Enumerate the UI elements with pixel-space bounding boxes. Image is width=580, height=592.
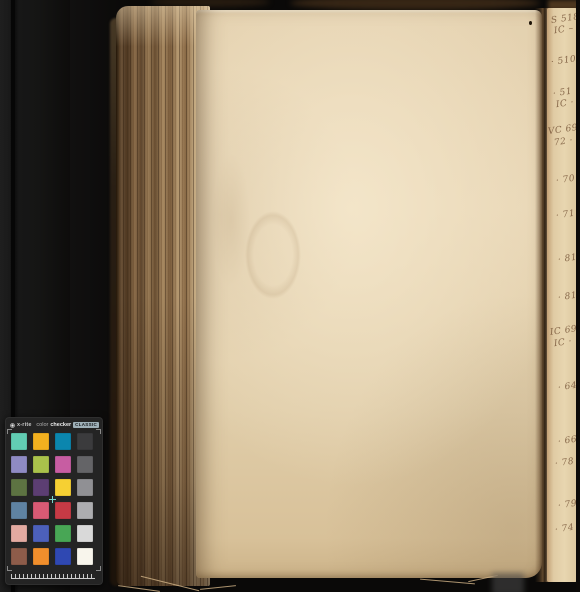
color-patch <box>33 456 49 473</box>
handwriting-fragment: 72 · <box>553 136 573 149</box>
color-patch <box>11 433 27 450</box>
colorchecker-title: colorchecker CLASSIC <box>36 422 99 428</box>
handwriting-fragment: · 66 <box>557 435 577 448</box>
color-patch <box>33 433 49 450</box>
xrite-brand-label: x-rite <box>17 422 32 428</box>
handwriting-fragment: VC 69 <box>547 123 577 137</box>
handwriting-fragment: IC · <box>555 98 574 110</box>
facing-page-edge: S 518 IC – · 510 · 51 IC · VC 69 72 · · … <box>547 8 577 582</box>
handwriting-fragment: · 71 <box>555 209 575 222</box>
color-patch <box>11 502 27 519</box>
color-patch <box>11 456 27 473</box>
color-patch <box>77 502 93 519</box>
color-patch <box>55 548 71 565</box>
color-patch <box>55 525 71 542</box>
handwriting-fragment: · 70 <box>555 174 575 187</box>
color-patch <box>33 548 49 565</box>
color-patch <box>11 525 27 542</box>
color-patch <box>55 479 71 496</box>
loose-fiber <box>420 579 475 585</box>
color-patch <box>11 479 27 496</box>
color-patch <box>33 502 49 519</box>
handwriting-fragment: · 79 <box>557 499 577 512</box>
crop-mark-icon <box>96 429 101 434</box>
handwriting-fragment: · 78 <box>554 457 574 470</box>
color-patch <box>77 548 93 565</box>
page-stain <box>206 130 256 310</box>
colorchecker-title-light: color <box>36 422 48 428</box>
crop-mark-icon <box>7 566 12 571</box>
photo-canvas: S 518 IC – · 510 · 51 IC · VC 69 72 · · … <box>0 0 580 592</box>
color-patch <box>77 525 93 542</box>
book-binding-top <box>290 0 540 10</box>
center-cross-marker <box>49 496 56 503</box>
color-patch <box>33 479 49 496</box>
handwriting-fragment: · 81 <box>557 253 577 266</box>
blank-manuscript-page <box>196 10 542 578</box>
handwriting-fragment: · 64 <box>557 381 577 394</box>
color-patch <box>77 479 93 496</box>
colorchecker-title-bold: checker <box>50 422 71 428</box>
out-of-focus-object <box>492 573 524 592</box>
frame-right-edge <box>576 0 580 592</box>
handwriting-fragment: IC – <box>553 24 574 37</box>
xrite-logo-icon <box>10 423 15 428</box>
handwriting-fragment: IC 69 <box>549 324 577 338</box>
colorchecker-header: x-rite colorchecker CLASSIC <box>10 420 99 430</box>
color-patch <box>55 502 71 519</box>
crop-mark-icon <box>96 566 101 571</box>
xrite-brand: x-rite <box>10 422 32 428</box>
color-patch <box>77 456 93 473</box>
ink-spot <box>529 21 532 25</box>
color-patch <box>55 456 71 473</box>
color-patch <box>11 548 27 565</box>
handwriting-fragment: · 510 <box>550 54 577 67</box>
color-patch <box>33 525 49 542</box>
handwriting-fragment: IC · <box>553 337 572 349</box>
ruler-scale <box>11 574 95 579</box>
handwriting-fragment: · 74 <box>554 523 574 536</box>
classic-badge: CLASSIC <box>73 422 99 428</box>
color-patch <box>55 433 71 450</box>
colorchecker-card: x-rite colorchecker CLASSIC <box>5 417 103 585</box>
handwriting-fragment: · 81 <box>557 291 577 304</box>
color-patch <box>77 433 93 450</box>
